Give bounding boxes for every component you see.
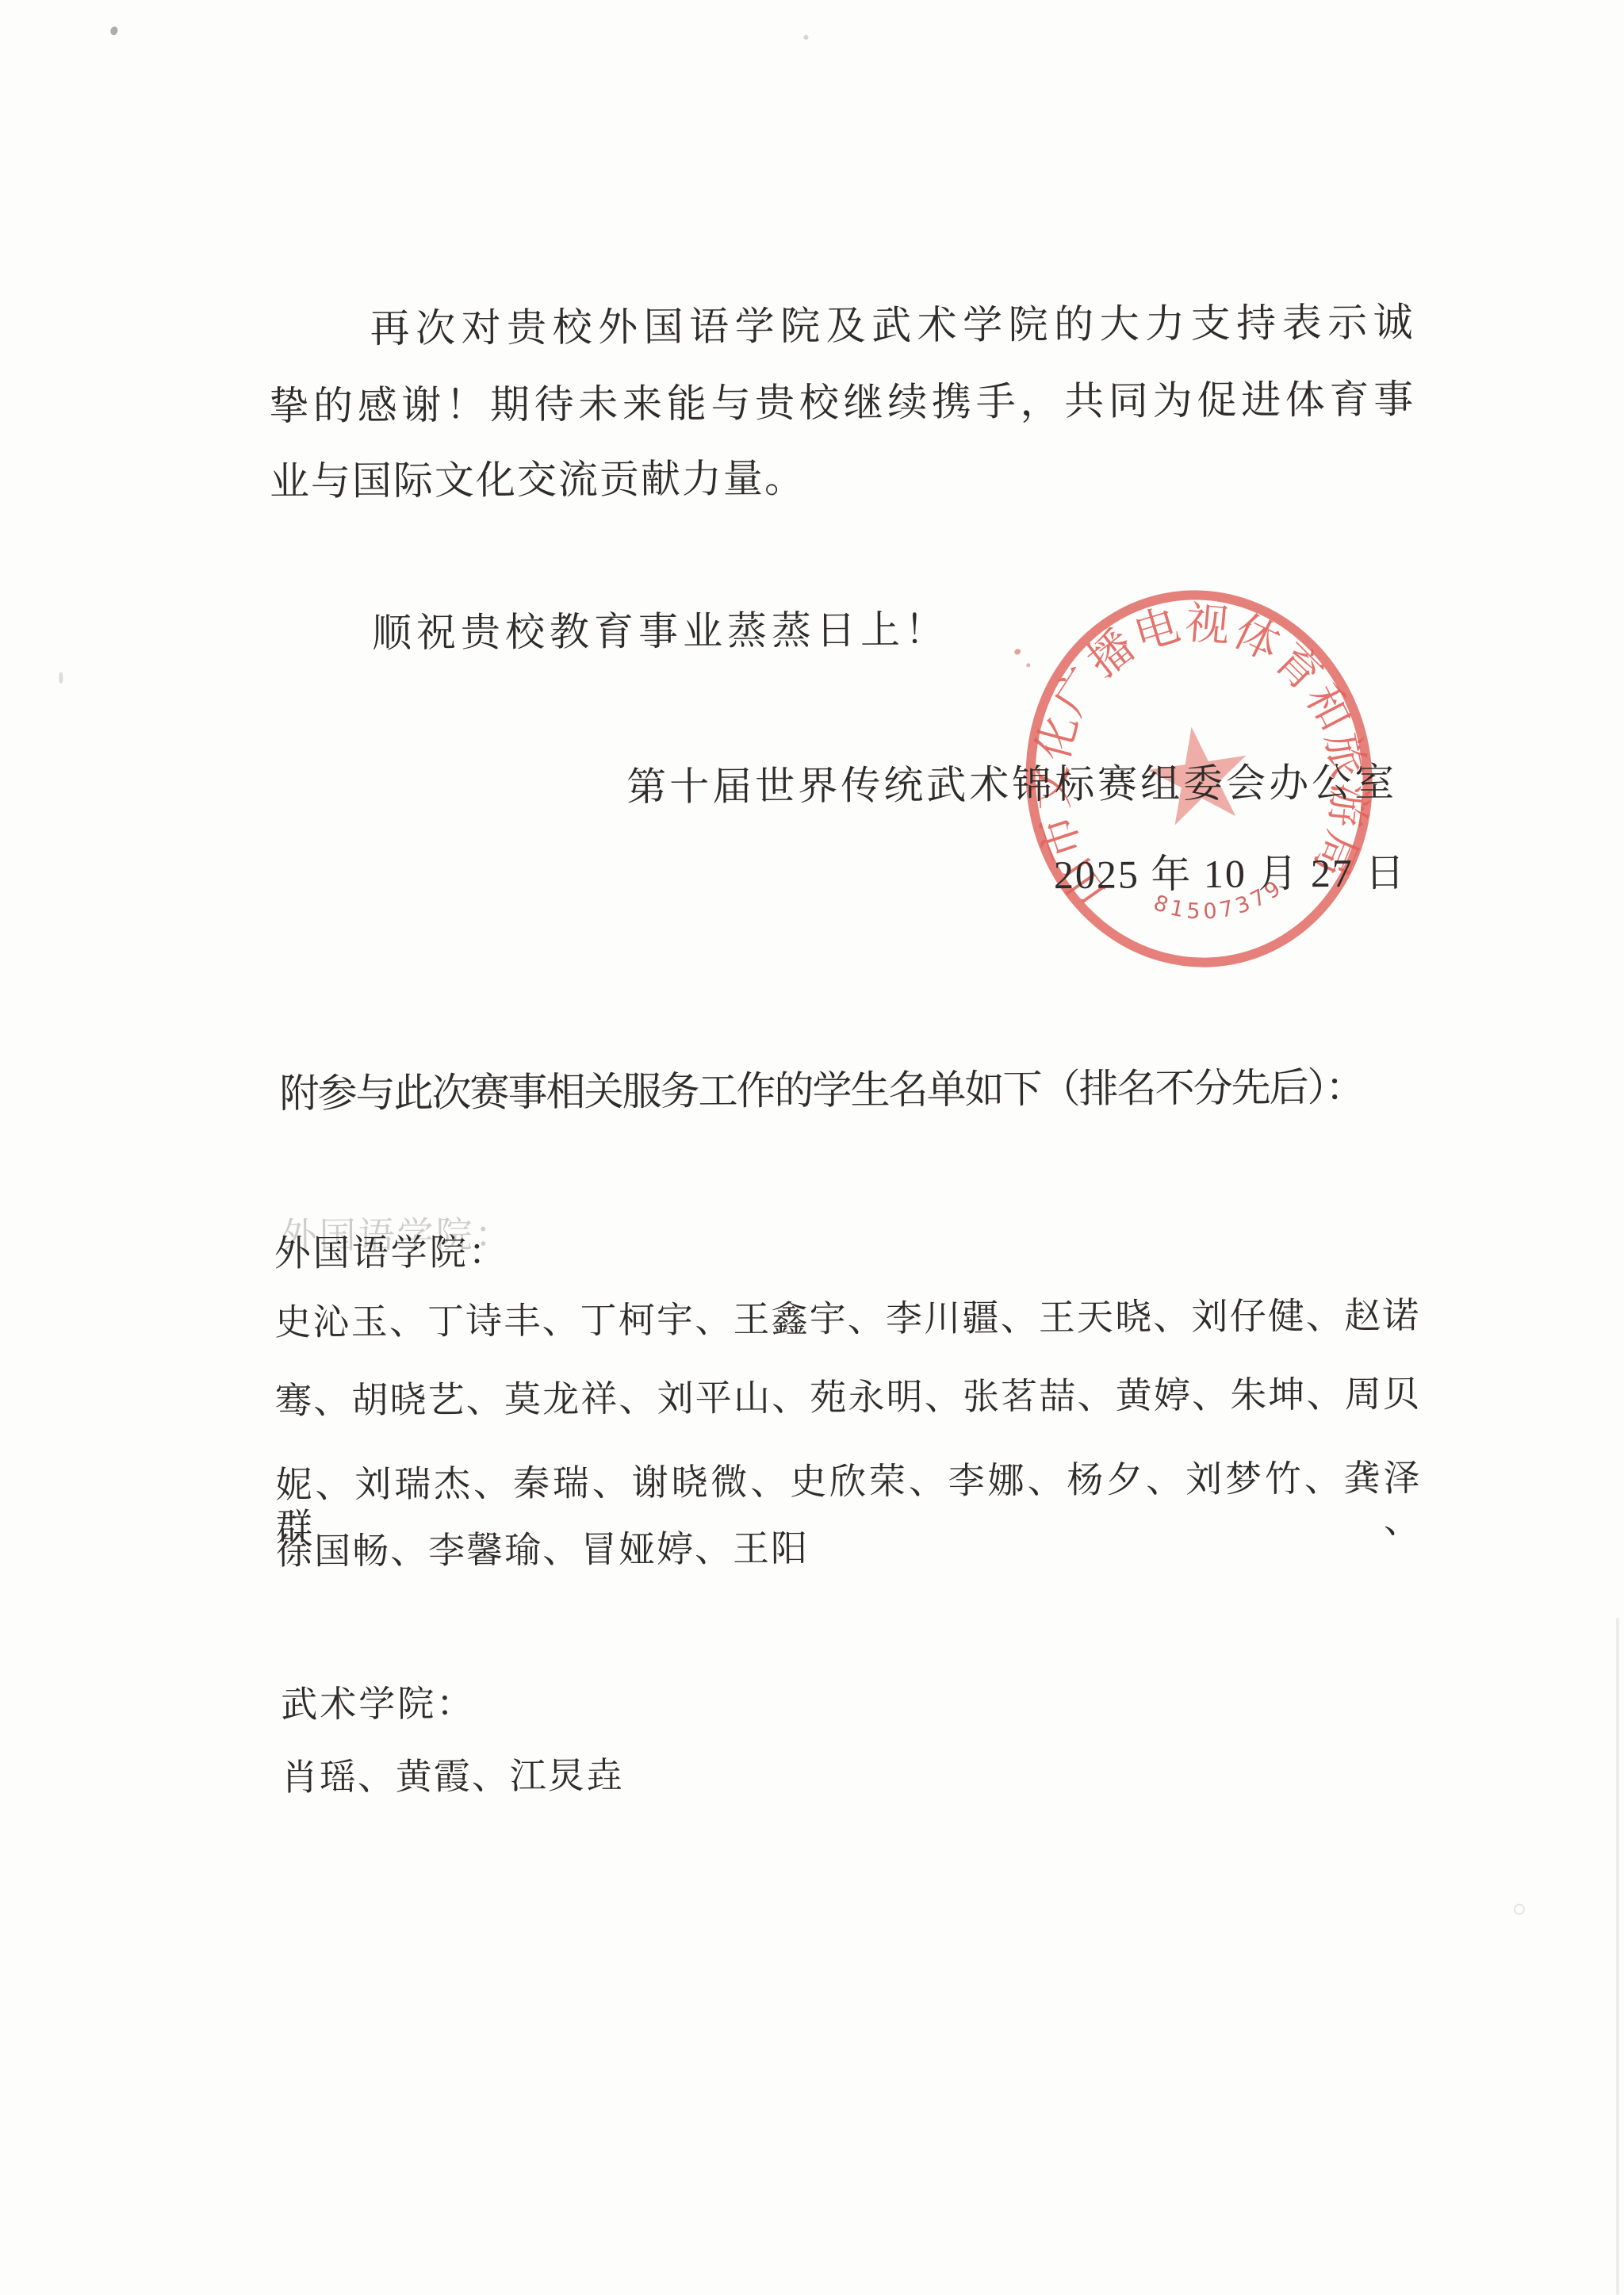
body-line-1: 再次对贵校外国语学院及武术学院的大力支持表示诚	[269, 300, 1415, 352]
date-line: 2025 年 10 月 27 日	[1054, 850, 1407, 898]
scan-speck	[59, 672, 63, 684]
wish-line: 顺祝贵校教育事业蒸蒸日上！	[372, 607, 949, 657]
letter-content: 山市文化广播电视体育和旅游局 815073795 再次对贵校外国语学院及武术学院…	[0, 0, 1624, 2295]
scan-speck	[1514, 1904, 1525, 1915]
attachment-note: 附参与此次赛事相关服务工作的学生名单如下（排名不分先后）：	[279, 1065, 1363, 1117]
scan-speck	[803, 35, 808, 40]
names-line: 徐国畅、李馨瑜、冒娅婷、王阳	[276, 1528, 809, 1573]
section-heading-foreign: 外国语学院：	[274, 1232, 507, 1275]
scan-speck-red	[1026, 663, 1030, 667]
body-line-2: 挚的感谢！期待未来能与贵校继续携手，共同为促进体育事	[269, 377, 1415, 429]
names-line: 史沁玉、丁诗丰、丁柯宇、王鑫宇、李川疆、王天晓、刘仔健、赵诺	[274, 1295, 1420, 1344]
scan-edge-shadow	[1616, 1618, 1619, 2295]
names-line: 骞、胡晓艺、莫龙祥、刘平山、苑永明、张茗喆、黄婷、朱坤、周贝	[275, 1374, 1421, 1423]
names-line: 肖瑶、黄霞、江炅垚	[282, 1755, 624, 1799]
scan-speck	[109, 25, 119, 36]
body-line-3: 业与国际文化交流贡献力量。	[270, 456, 806, 505]
signature-line: 第十届世界传统武术锦标赛组委会办公室	[626, 760, 1397, 810]
section-heading-wushu: 武术学院：	[281, 1684, 475, 1726]
scanned-letter-page: 山市文化广播电视体育和旅游局 815073795 再次对贵校外国语学院及武术学院…	[0, 0, 1624, 2295]
